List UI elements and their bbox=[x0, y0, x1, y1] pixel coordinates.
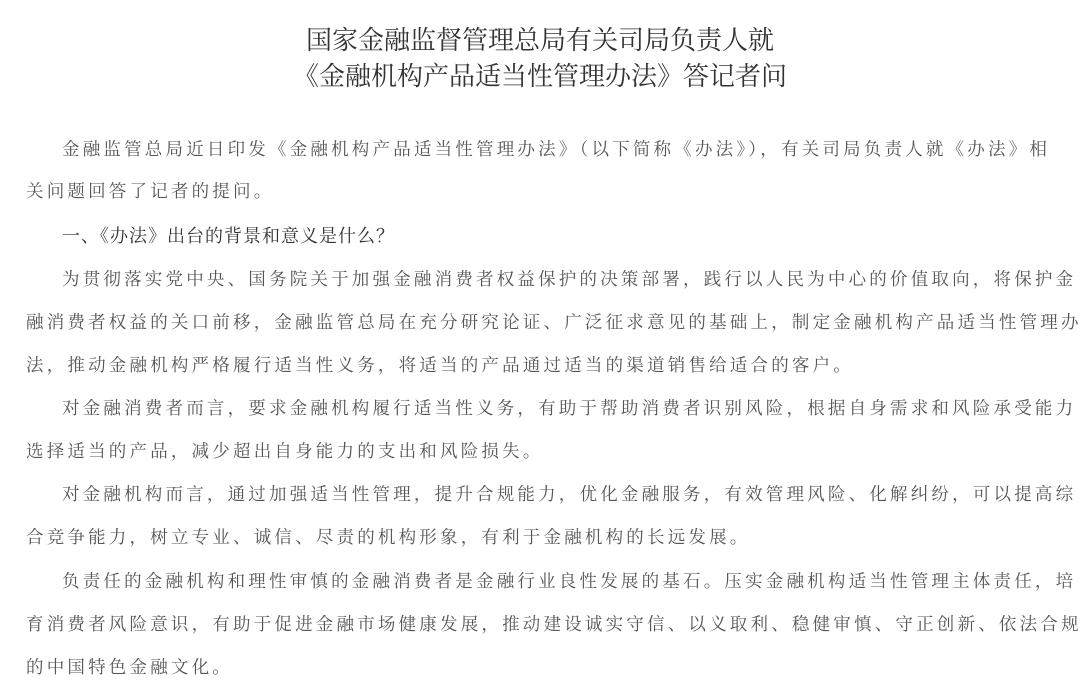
paragraph-4-line-3: 的中国特色金融文化。 bbox=[26, 647, 1056, 689]
paragraph-1-line-1: 为贯彻落实党中央、国务院关于加强金融消费者权益保护的决策部署，践行以人民为中心的… bbox=[62, 259, 1080, 301]
paragraph-1-line-2: 融消费者权益的关口前移，金融监管总局在充分研究论证、广泛征求意见的基础上，制定金… bbox=[26, 302, 1056, 344]
paragraph-3-line-2: 合竞争能力，树立专业、诚信、尽责的机构形象，有利于金融机构的长远发展。 bbox=[26, 517, 1056, 559]
paragraph-3-line-1: 对金融机构而言，通过加强适当性管理，提升合规能力，优化金融服务，有效管理风险、化… bbox=[62, 474, 1080, 516]
intro-line-2: 关问题回答了记者的提问。 bbox=[26, 171, 1056, 213]
paragraph-2-line-1: 对金融消费者而言，要求金融机构履行适当性义务，有助于帮助消费者识别风险，根据自身… bbox=[62, 388, 1080, 430]
paragraph-4-line-2: 育消费者风险意识，有助于促进金融市场健康发展，推动建设诚实守信、以义取利、稳健审… bbox=[26, 604, 1056, 646]
paragraph-1-line-3: 法，推动金融机构严格履行适当性义务，将适当的产品通过适当的渠道销售给适合的客户。 bbox=[26, 345, 1056, 387]
section-heading-1: 一、《办法》出台的背景和意义是什么？ bbox=[62, 216, 395, 258]
article-page: 国家金融监督管理总局有关司局负责人就 《金融机构产品适当性管理办法》答记者问 金… bbox=[0, 0, 1080, 693]
article-title-line-1: 国家金融监督管理总局有关司局负责人就 bbox=[0, 23, 1080, 59]
intro-line-1: 金融监管总局近日印发《金融机构产品适当性管理办法》（以下简称《办法》），有关司局… bbox=[62, 129, 1080, 171]
paragraph-2-line-2: 选择适当的产品，减少超出自身能力的支出和风险损失。 bbox=[26, 431, 1056, 473]
article-title-line-2: 《金融机构产品适当性管理办法》答记者问 bbox=[0, 59, 1080, 95]
paragraph-4-line-1: 负责任的金融机构和理性审慎的金融消费者是金融行业良性发展的基石。压实金融机构适当… bbox=[62, 561, 1080, 603]
